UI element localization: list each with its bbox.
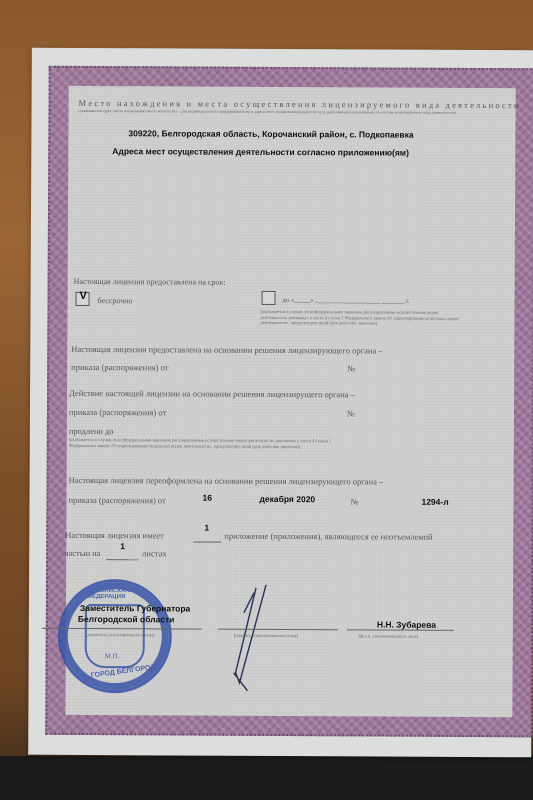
term-label: Настоящая лицензия предоставлена на срок… <box>74 277 226 287</box>
license-document: Место нахождения и места осуществления л… <box>28 48 533 758</box>
appendix-count-underline <box>193 542 221 543</box>
extended-hint: (указывается в случае, если федеральными… <box>69 437 339 449</box>
granted-number-label: № <box>347 363 355 373</box>
extended-order-label: приказа (распоряжения) от <box>69 407 166 418</box>
location-hint: (указываются адрес места нахождения (мес… <box>79 108 499 115</box>
reissued-order-label: приказа (распоряжения) от <box>68 495 165 506</box>
check-mark-icon: V <box>80 290 87 302</box>
extended-until-label: продлено до <box>69 426 114 436</box>
position-hint: (должность уполномоченного лица) <box>86 632 155 638</box>
appendix-count: 1 <box>204 523 209 533</box>
appendix-sheets: 1 <box>120 541 125 551</box>
document-body: Место нахождения и места осуществления л… <box>65 86 515 717</box>
indefinite-checkbox[interactable]: V <box>76 292 90 306</box>
granted-order-label: приказа (распоряжения) от <box>71 362 168 373</box>
appendix-text-after: приложение (приложения), являющееся ее н… <box>224 531 432 542</box>
extended-line: Действие настоящей лицензии на основании… <box>69 388 355 399</box>
address: 309220, Белгородская область, Корочански… <box>128 128 413 139</box>
signature-hint: (подпись уполномоченного лица) <box>234 633 298 639</box>
reissued-day: 16 <box>202 493 212 503</box>
until-label: до «_____» ____________________ _______ … <box>283 297 410 305</box>
address-note: Адреса мест осуществления деятельности с… <box>112 146 409 158</box>
until-checkbox[interactable] <box>262 291 276 305</box>
appendix-text-before: Настоящая лицензия имеет <box>65 530 163 541</box>
name-hint: (ф.и.о. уполномоченного лица) <box>359 633 418 639</box>
reissued-number: 1294-л <box>421 497 448 507</box>
reissued-line: Настоящая лицензия переоформлена на осно… <box>69 475 384 487</box>
decorative-frame: Место нахождения и места осуществления л… <box>45 66 533 738</box>
signer-name: Н.Н. Зубарева <box>377 620 436 630</box>
indefinite-label: бессрочно <box>98 296 133 305</box>
stamp-mp-label: М.П. <box>105 652 120 660</box>
stamp-top-text: РОССИЙСКАЯ ФЕДЕРАЦИЯ <box>87 588 169 600</box>
extended-number-label: № <box>347 408 355 418</box>
appendix-part-label: частью на <box>64 548 100 558</box>
signer-position-line2: Белгородской области <box>78 614 175 625</box>
appendix-sheets-underline <box>106 559 138 560</box>
reissued-number-label: № <box>350 496 358 506</box>
until-hint: (указывается в случае, если федеральными… <box>260 309 465 327</box>
appendix-sheets-label: листах <box>142 548 166 558</box>
granted-line: Настоящая лицензия предоставлена на осно… <box>71 344 382 356</box>
name-underline <box>347 629 454 631</box>
reissued-month-year: декабря 2020 <box>259 494 315 504</box>
signer-position-line1: Заместитель Губернатора <box>80 603 190 614</box>
desk-shadow <box>0 756 533 800</box>
